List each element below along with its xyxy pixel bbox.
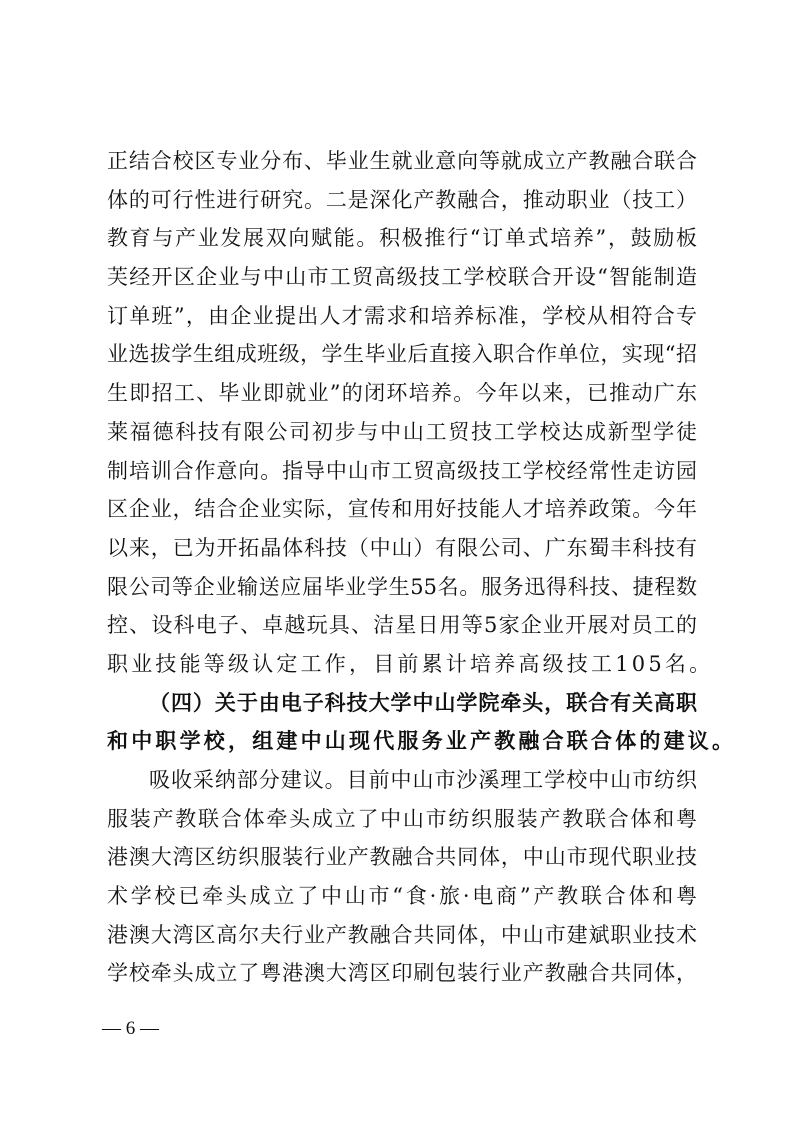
text-line: 学校牵头成立了粤港澳大湾区印刷包装行业产教融合共同体， <box>107 954 697 993</box>
text-line: 业选拔学生组成班级，学生毕业后直接入职合作单位，实现“招 <box>107 335 697 374</box>
text-line: 体的可行性进行研究。二是深化产教融合，推动职业（技工） <box>107 181 697 220</box>
text-line: 莱福德科技有限公司初步与中山工贸技工学校达成新型学徒 <box>107 413 697 452</box>
text-line: 以来，已为开拓晶体科技（中山）有限公司、广东蜀丰科技有 <box>107 529 697 568</box>
document-page: 正结合校区专业分布、毕业生就业意向等就成立产教融合联合 体的可行性进行研究。二是… <box>0 0 800 1131</box>
text-line: 港澳大湾区高尔夫行业产教融合共同体，中山市建斌职业技术 <box>107 916 697 955</box>
text-line: 限公司等企业输送应届毕业学生55名。服务迅得科技、捷程数 <box>107 568 697 607</box>
text-line: 服装产教联合体牵头成立了中山市纺织服装产教联合体和粤 <box>107 800 697 839</box>
text-line: 控、设科电子、卓越玩具、洁星日用等5家企业开展对员工的 <box>107 606 697 645</box>
text-line: 港澳大湾区纺织服装行业产教融合共同体，中山市现代职业技 <box>107 838 697 877</box>
text-line: 芙经开区企业与中山市工贸高级技工学校联合开设“智能制造 <box>107 258 697 297</box>
text-line: 订单班”，由企业提出人才需求和培养标准，学校从相符合专 <box>107 297 697 336</box>
document-body: 正结合校区专业分布、毕业生就业意向等就成立产教融合联合 体的可行性进行研究。二是… <box>107 142 697 993</box>
text-line: 吸收采纳部分建议。目前中山市沙溪理工学校中山市纺织 <box>107 761 697 800</box>
text-line: 制培训合作意向。指导中山市工贸高级技工学校经常性走访园 <box>107 452 697 491</box>
section-heading-line: （四）关于由电子科技大学中山学院牵头，联合有关高职 <box>107 684 697 723</box>
text-line: 教育与产业发展双向赋能。积极推行“订单式培养”，鼓励板 <box>107 219 697 258</box>
page-number: — 6 — <box>102 1018 159 1040</box>
text-line: 区企业，结合企业实际，宣传和用好技能人才培养政策。今年 <box>107 490 697 529</box>
section-heading-line: 和中职学校，组建中山现代服务业产教融合联合体的建议。 <box>107 722 697 761</box>
text-line: 职业技能等级认定工作，目前累计培养高级技工105名。 <box>107 645 697 684</box>
text-line: 正结合校区专业分布、毕业生就业意向等就成立产教融合联合 <box>107 142 697 181</box>
text-line: 术学校已牵头成立了中山市“食·旅·电商”产教联合体和粤 <box>107 877 697 916</box>
text-line: 生即招工、毕业即就业”的闭环培养。今年以来，已推动广东 <box>107 374 697 413</box>
